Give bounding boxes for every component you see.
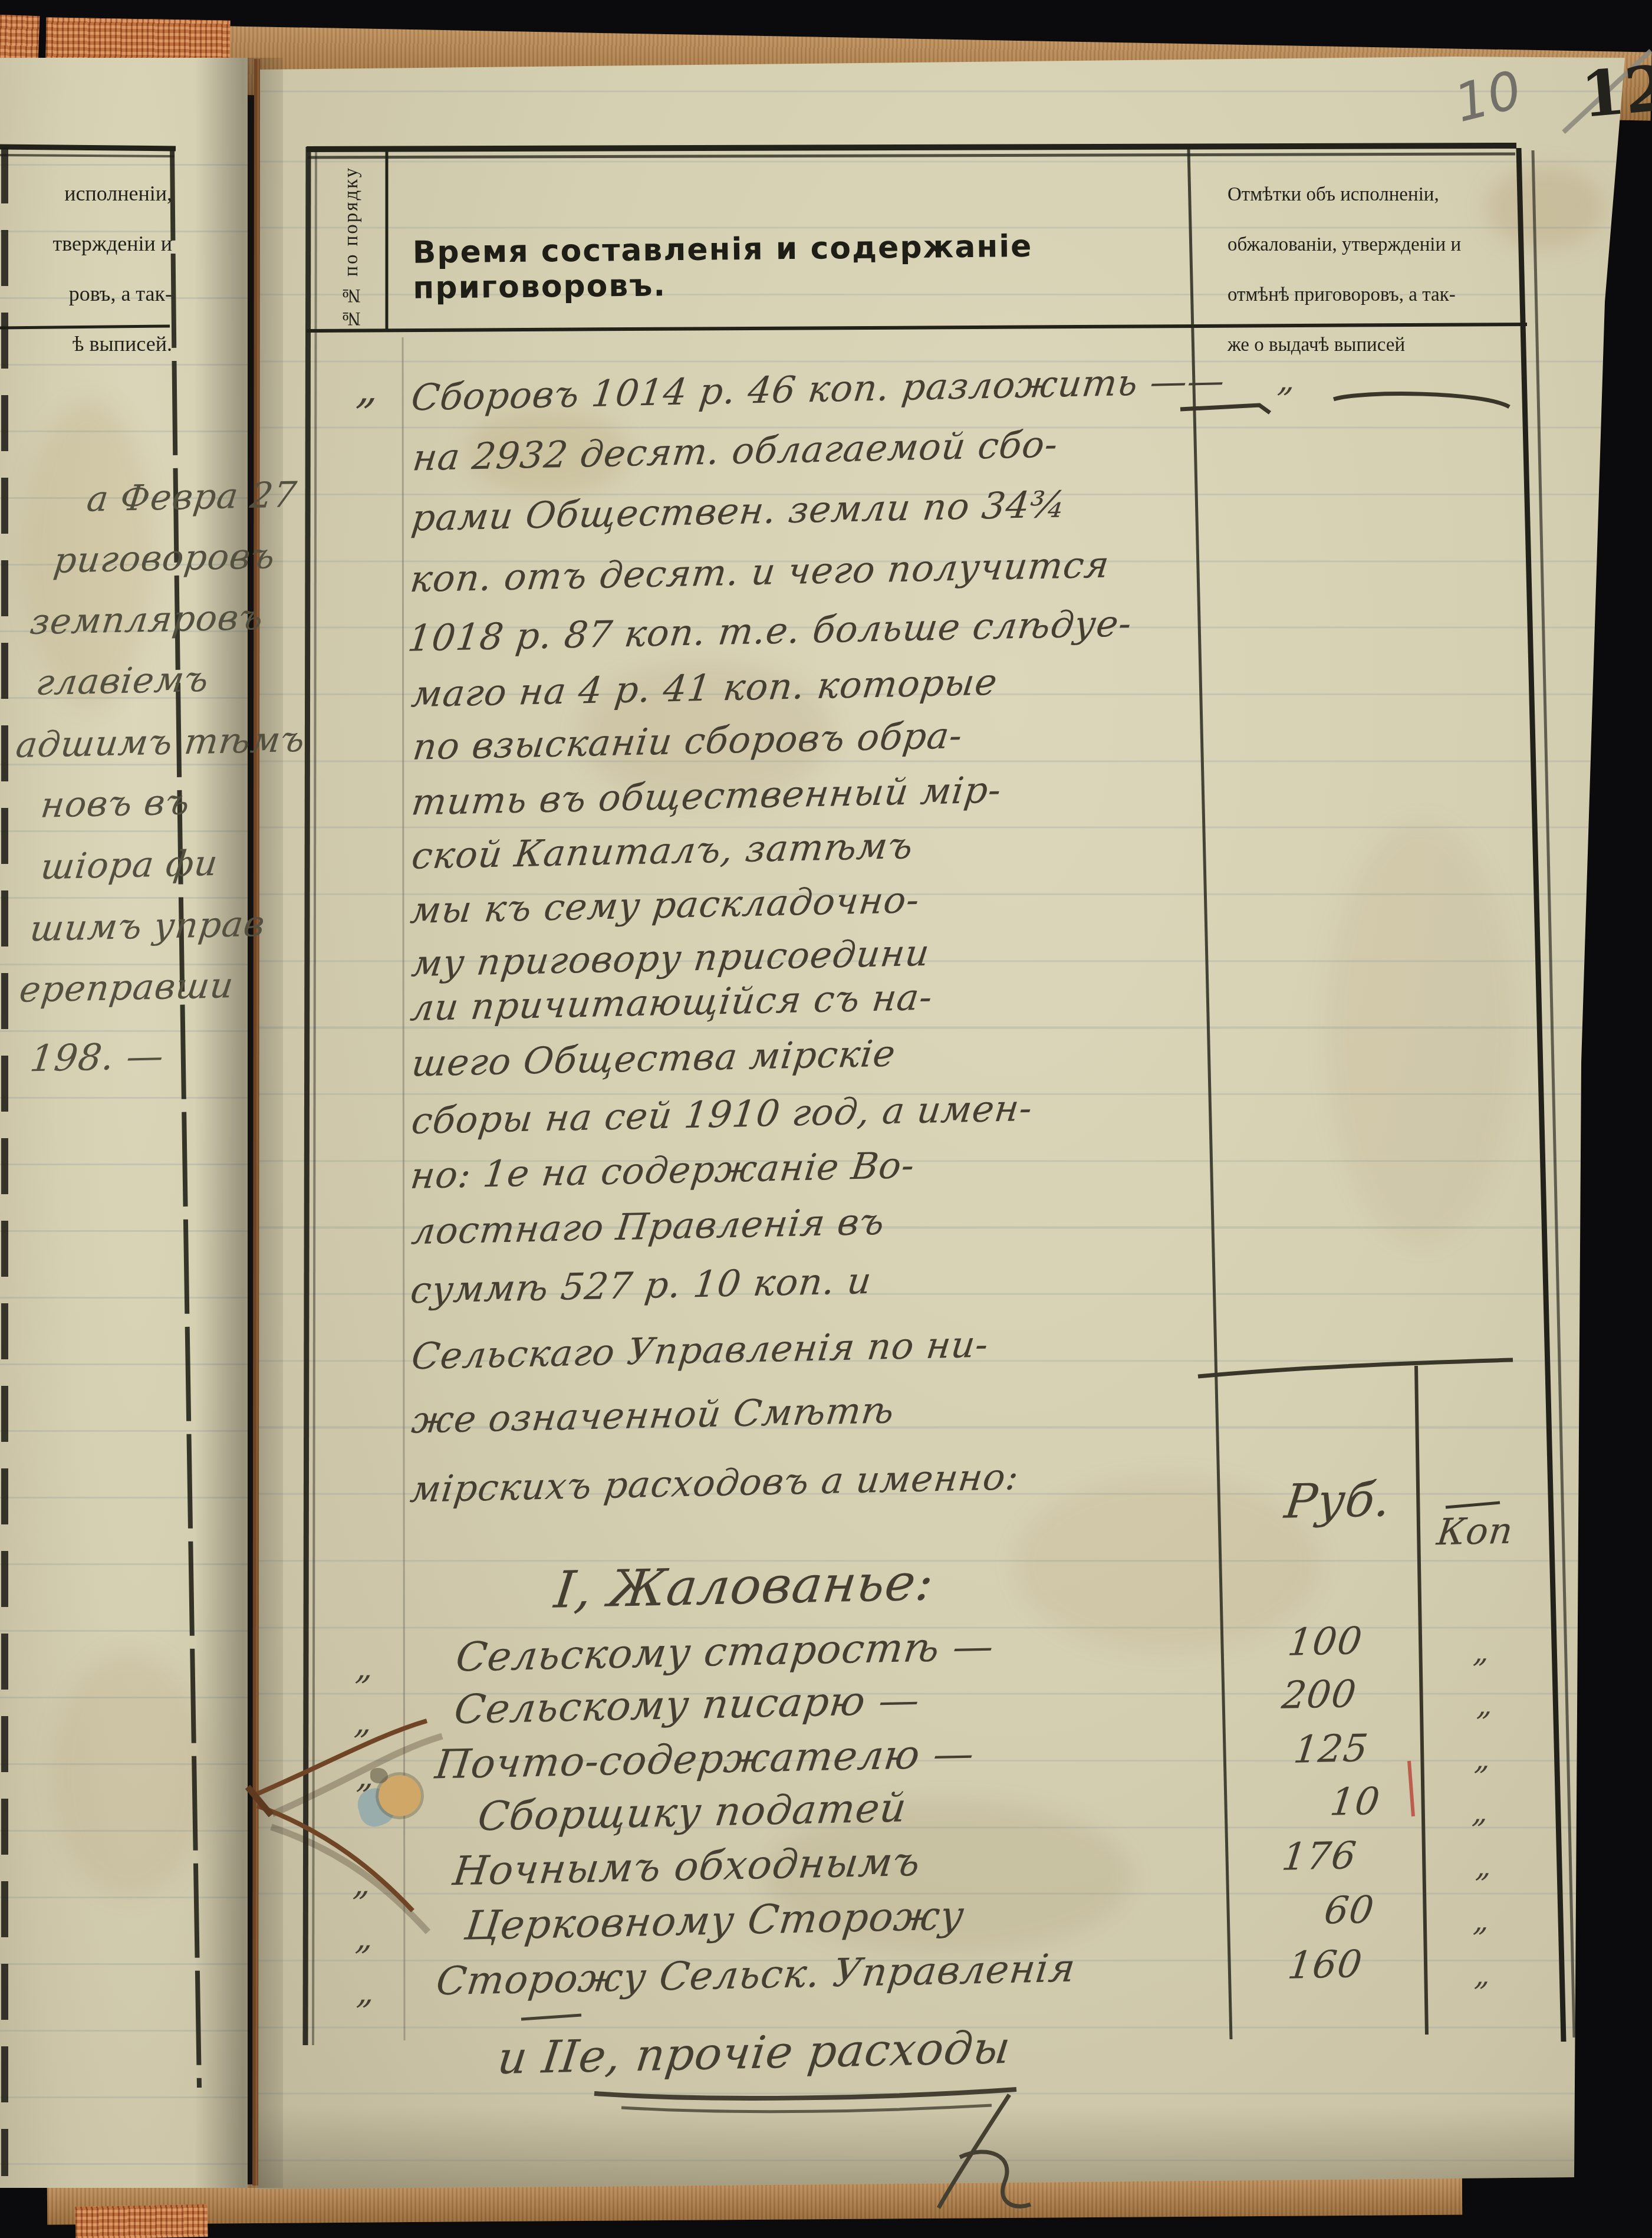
expense-row-rub: 100 bbox=[1253, 1619, 1364, 1665]
left-header-line: исполненіи, bbox=[0, 169, 172, 219]
expense-row-rub: 60 bbox=[1265, 1888, 1376, 1934]
kop-column-header: Коп bbox=[1434, 1509, 1515, 1554]
expense-row-label: Ночнымъ обходнымъ bbox=[450, 1839, 923, 1895]
section2-heading: и ІІе, прочіе расходы bbox=[495, 2021, 1013, 2084]
number-column-header: №№ по порядку bbox=[341, 158, 363, 329]
folio-number-stamped: 12 bbox=[1578, 51, 1652, 132]
left-hw-line: шіора фи bbox=[38, 843, 220, 888]
left-hw-line: а Февра 27 bbox=[84, 474, 299, 520]
expense-row-rub: 176 bbox=[1247, 1834, 1358, 1880]
expense-row-label: Сборщику податей bbox=[475, 1785, 909, 1840]
expense-row-rub: 10 bbox=[1271, 1780, 1382, 1826]
left-hw-line: ереправши bbox=[17, 965, 236, 1011]
left-hw-line: новъ въ bbox=[38, 781, 192, 826]
left-hw-line: шимъ управ bbox=[28, 903, 267, 949]
expense-row-rub: 200 bbox=[1247, 1672, 1358, 1718]
left-hw-line: адшимъ тѣмъ bbox=[14, 719, 307, 766]
expense-row-rub: 125 bbox=[1259, 1727, 1370, 1773]
expense-row-label: Сельскому писарю — bbox=[452, 1677, 922, 1733]
left-header-line: ровъ, а так- bbox=[0, 269, 172, 319]
section1-heading: І, Жалованье: bbox=[551, 1553, 937, 1619]
notes-column-header: Отмѣтки объ исполненіи, обжалованіи, утв… bbox=[1228, 170, 1511, 370]
expense-row-rub: 160 bbox=[1253, 1943, 1364, 1989]
left-page-header-fragment: исполненіи, твержденіи и ровъ, а так- ѣ … bbox=[0, 169, 178, 369]
left-header-line: ѣ выписей. bbox=[0, 319, 172, 369]
left-header-line: твержденіи и bbox=[0, 219, 172, 269]
left-hw-line: земпляровъ bbox=[28, 597, 265, 643]
left-hw-line: риговоровъ bbox=[51, 535, 277, 581]
closing-flourish bbox=[939, 2095, 1031, 2208]
page-title: Время составленія и содержаніе приговоро… bbox=[412, 227, 1179, 306]
scanned-ledger-page: исполненіи, твержденіи и ровъ, а так- ѣ … bbox=[0, 0, 1652, 2238]
left-hw-line: главіемъ bbox=[34, 659, 211, 704]
left-hw-line: 198. — bbox=[28, 1034, 166, 1080]
rub-column-header: Руб. bbox=[1282, 1472, 1394, 1529]
